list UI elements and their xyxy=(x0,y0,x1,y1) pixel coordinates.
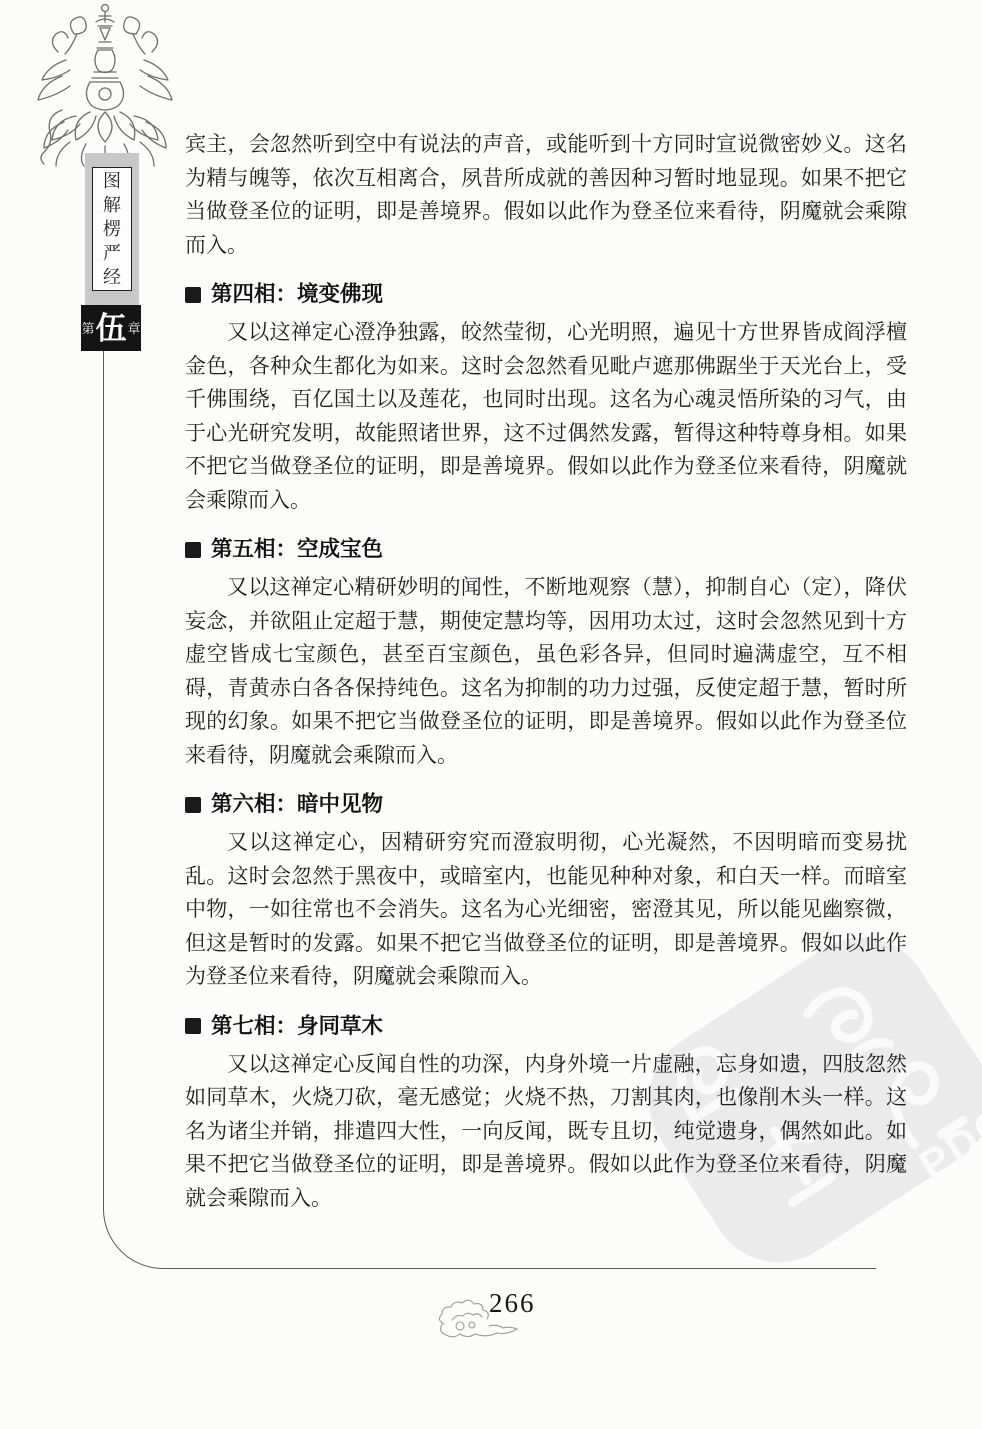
section-body-4: 又以这禅定心澄净独露，皎然莹彻，心光明照，遍见十方世界皆成阎浮檀金色，各种众生都… xyxy=(185,316,907,517)
book-title-char: 经 xyxy=(103,265,121,289)
book-page: PDG xyxy=(0,0,982,1429)
section-body-7: 又以这禅定心反闻自性的功深，内身外境一片虚融，忘身如遗，四肢忽然如同草木，火烧刀… xyxy=(185,1048,907,1216)
lotus-vase-ornament-icon xyxy=(36,0,174,168)
page-number: 266 xyxy=(489,1288,536,1319)
book-title-char: 解 xyxy=(103,193,121,217)
book-title-banner: 图 解 楞 严 经 xyxy=(85,153,139,305)
chapter-suffix: 章 xyxy=(128,322,141,335)
chapter-tab: 第 伍 章 xyxy=(81,305,141,351)
square-bullet-icon xyxy=(185,542,201,558)
chapter-number: 伍 xyxy=(96,313,127,344)
chapter-prefix: 第 xyxy=(81,322,94,335)
square-bullet-icon xyxy=(185,287,201,303)
section-heading-text: 第六相：暗中见物 xyxy=(211,791,383,818)
section-heading-4: 第四相：境变佛现 xyxy=(185,281,907,308)
intro-paragraph: 宾主，会忽然听到空中有说法的声音，或能听到十方同时宣说微密妙义。这名为精与魄等，… xyxy=(185,128,907,262)
section-heading-7: 第七相：身同草木 xyxy=(185,1013,907,1040)
square-bullet-icon xyxy=(185,797,201,813)
book-title-box: 图 解 楞 严 经 xyxy=(92,167,132,291)
section-body-6: 又以这禅定心，因精研穷究而澄寂明彻，心光凝然，不因明暗而变易扰乱。这时会忽然于黑… xyxy=(185,826,907,994)
book-title-char: 严 xyxy=(103,241,121,265)
section-heading-text: 第五相：空成宝色 xyxy=(211,536,383,563)
main-text-column: 宾主，会忽然听到空中有说法的声音，或能听到十方同时宣说微密妙义。这名为精与魄等，… xyxy=(185,128,907,1215)
book-title-char: 楞 xyxy=(103,217,121,241)
square-bullet-icon xyxy=(185,1018,201,1034)
book-title-char: 图 xyxy=(103,169,121,193)
section-heading-text: 第七相：身同草木 xyxy=(211,1013,383,1040)
section-heading-text: 第四相：境变佛现 xyxy=(211,281,383,308)
section-body-5: 又以这禅定心精研妙明的闻性，不断地观察（慧），抑制自心（定），降伏妄念，并欲阻止… xyxy=(185,571,907,772)
section-heading-6: 第六相：暗中见物 xyxy=(185,791,907,818)
section-heading-5: 第五相：空成宝色 xyxy=(185,536,907,563)
